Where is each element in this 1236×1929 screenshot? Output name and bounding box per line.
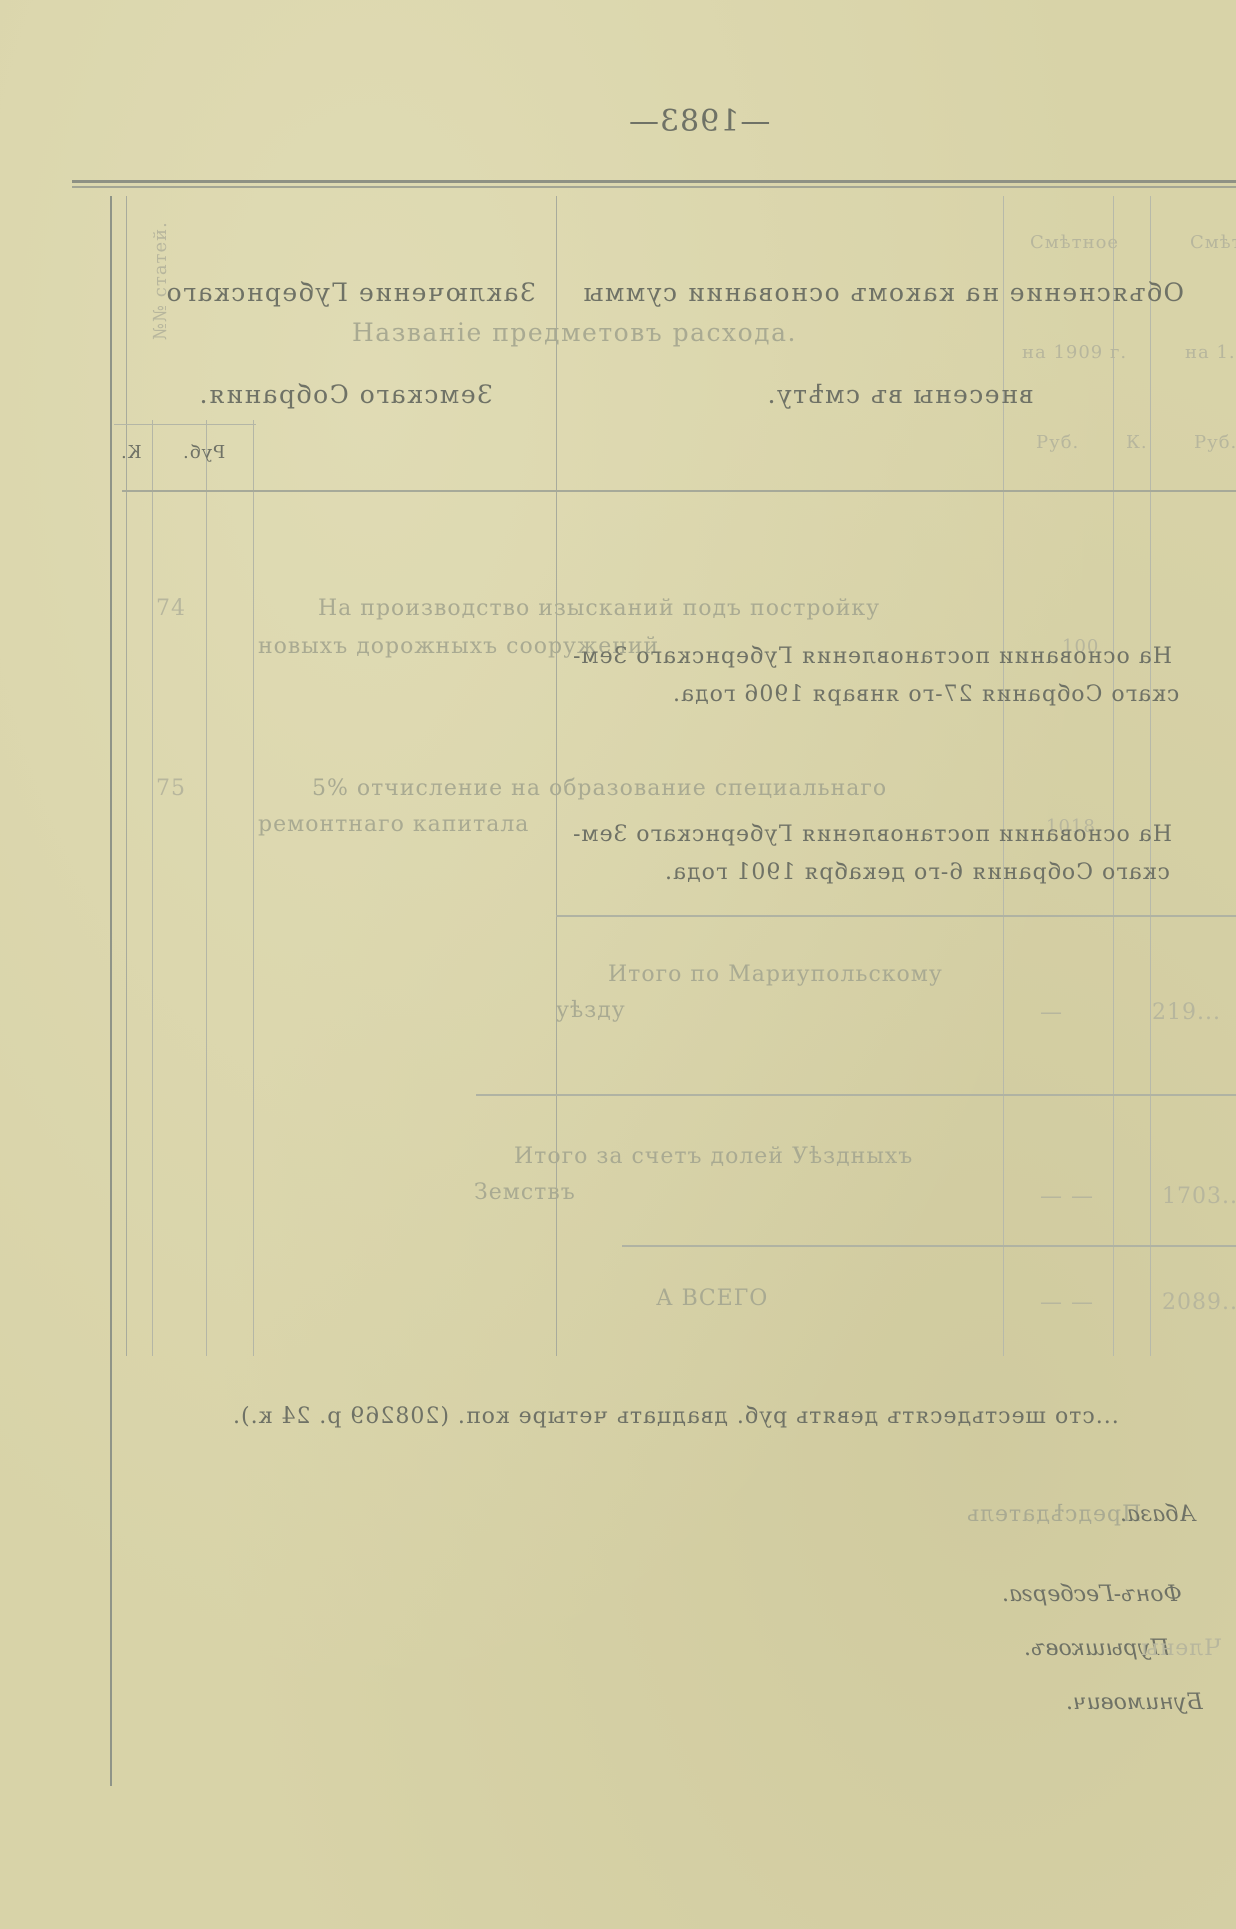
totals-rule-1: [556, 915, 1236, 917]
totals-rule-3: [622, 1245, 1236, 1247]
members-label-faint: Члены: [1140, 1636, 1221, 1661]
total-1-amount: 219...: [1152, 1000, 1221, 1025]
total-2-dashes: — —: [1040, 1184, 1094, 1209]
left-margin-rule: [110, 196, 112, 1786]
row-74-item-line1: На производство изысканий подъ постройку: [318, 596, 880, 621]
col-rule-1: [126, 196, 127, 1356]
total-3-dashes: — —: [1040, 1290, 1094, 1315]
col-rule-6: [1003, 196, 1004, 1356]
header-kop-faint: К.: [1126, 432, 1148, 453]
document-page: —1983— Заключение Губернскаго Земскаго С…: [0, 0, 1236, 1929]
header-estimate2-faint: Смѣт...: [1190, 232, 1236, 253]
totals-rule-2: [476, 1094, 1236, 1096]
header-year-faint: на 1909 г.: [1022, 342, 1127, 363]
header-rub2-faint: Руб.: [1194, 432, 1236, 453]
header-year2-faint: на 1...: [1185, 342, 1236, 363]
header-basis-line1: Объяснение на какомъ основании суммы: [582, 278, 1184, 307]
total-1-dashes: —: [1040, 1000, 1063, 1025]
row-75-item-line1: 5% отчисление на образование специальнаг…: [312, 776, 887, 801]
total-1-label-line1: Итого по Мариупольскому: [608, 962, 943, 987]
summary-line: ...сто шестьдесятъ девять руб. двадцать …: [232, 1404, 1119, 1429]
rub-kop-rule: [114, 424, 256, 425]
col-rule-3: [206, 420, 207, 1356]
header-estimate-faint: Смѣтное: [1030, 232, 1119, 253]
row-75-basis-line1: На основании постановления Губернскаго З…: [572, 822, 1172, 847]
top-rule-2: [72, 186, 1236, 188]
chairman-label: Предсѣдатель: [966, 1502, 1141, 1527]
total-2-label-line2: Земствъ: [474, 1180, 576, 1205]
row-75-item-line2: ремонтнаго капитала: [258, 812, 529, 837]
header-gubernia-line1: Заключение Губернскаго: [165, 278, 536, 307]
row-74-basis-line2: скаго Собрания 27-го января 1906 года.: [672, 682, 1179, 707]
total-3-label: А ВСЕГО: [656, 1286, 768, 1311]
header-bottom-rule: [122, 490, 1236, 492]
col-rule-2: [152, 420, 153, 1356]
col-rule-7: [1113, 196, 1114, 1356]
member-signature-3: Бунимович.: [1066, 1690, 1203, 1715]
row-74-num: 74: [156, 596, 186, 621]
row-75-basis-line2: скаго Собрания 6-го декабря 1901 года.: [664, 860, 1170, 885]
header-rub-faint: Руб.: [1036, 432, 1079, 453]
total-3-amount: 2089...: [1162, 1290, 1236, 1315]
row-74-basis-line1: На основании постановления Губернскаго З…: [572, 644, 1172, 669]
top-rule: [72, 180, 1236, 183]
total-2-label-line1: Итого за счетъ долей Уѣздныхъ: [514, 1144, 913, 1169]
header-kop: К.: [120, 442, 142, 463]
col-rule-8: [1150, 196, 1151, 1356]
header-items-faint: Названіе предметовъ расхода.: [352, 318, 797, 347]
header-row-num: №№ статей.: [150, 221, 171, 340]
total-1-label-line2: уѣзду: [556, 998, 626, 1023]
header-rub: Руб.: [182, 442, 225, 463]
chairman-signature: Абаза.: [1120, 1502, 1195, 1527]
col-rule-4: [253, 420, 254, 1356]
header-gubernia-line2: Земскаго Собрания.: [198, 380, 493, 409]
total-2-amount: 1703...: [1162, 1184, 1236, 1209]
member-signature-1: Фонъ-Гесберга.: [1002, 1582, 1182, 1607]
header-basis-line2: внесены въ смѣту.: [766, 380, 1033, 409]
page-number: —1983—: [628, 104, 770, 139]
row-75-num: 75: [156, 776, 186, 801]
